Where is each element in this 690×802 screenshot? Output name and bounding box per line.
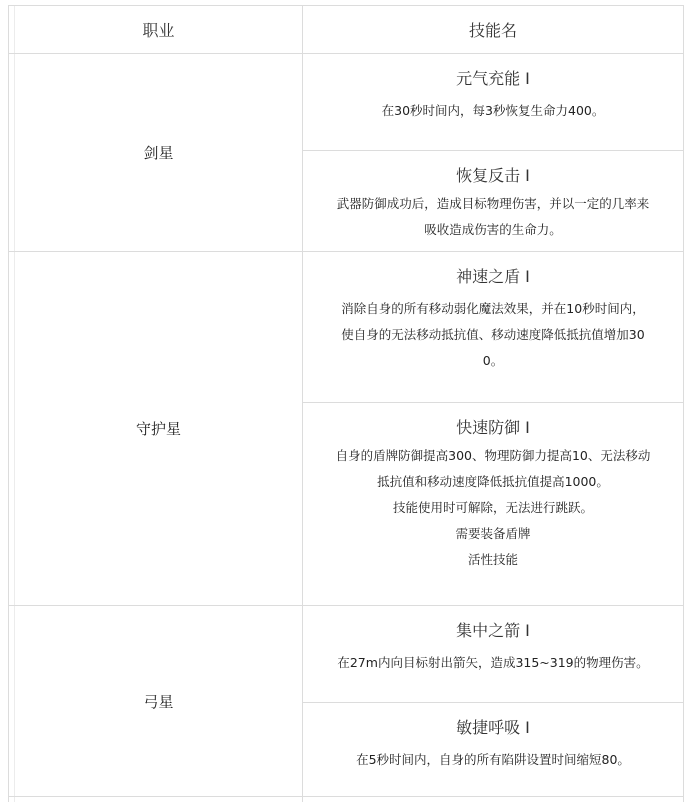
skill-description: 在30秒时间内，每3秒恢复生命力400。 — [382, 98, 605, 124]
skill-description: 消除自身的所有移动弱化魔法效果，并在10秒时间内， 使自身的无法移动抵抗值、移动… — [341, 296, 644, 374]
header-class: 职业 — [14, 6, 303, 53]
skill-name: 快速防御 Ⅰ — [456, 417, 530, 439]
skill-entry: 恢复反击 Ⅰ 武器防御成功后，造成目标物理伤害，并以一定的几率来 吸收造成伤害的… — [303, 150, 683, 251]
desc-line: 自身的盾牌防御提高300、物理防御力提高10、无法移动 — [336, 443, 651, 469]
desc-line: 抵抗值和移动速度降低抵抗值提高1000。 — [336, 469, 651, 495]
skill-name: 集中之箭 Ⅰ — [456, 620, 530, 642]
skill-description: 武器防御成功后，造成目标物理伤害，并以一定的几率来 吸收造成伤害的生命力。 — [337, 191, 650, 243]
header-skill: 技能名 — [303, 6, 683, 53]
desc-line: 活性技能 — [336, 547, 651, 573]
class-name: 守护星 — [14, 252, 303, 605]
skill-description: 在5秒时间内，自身的所有陷阱设置时间缩短80。 — [356, 747, 630, 773]
skills-cell: 神速之盾 Ⅰ 消除自身的所有移动弱化魔法效果，并在10秒时间内， 使自身的无法移… — [303, 252, 683, 605]
skill-entry: 敏捷呼吸 Ⅰ 在5秒时间内，自身的所有陷阱设置时间缩短80。 — [303, 702, 683, 797]
skill-entry: 元气充能 Ⅰ 在30秒时间内，每3秒恢复生命力400。 — [303, 54, 683, 150]
skill-entry: 集中之箭 Ⅰ 在27m内向目标射出箭矢，造成315~319的物理伤害。 — [303, 606, 683, 702]
desc-line: 在30秒时间内，每3秒恢复生命力400。 — [382, 98, 605, 124]
class-name: 弓星 — [14, 606, 303, 796]
table-row-class-0: 剑星 元气充能 Ⅰ 在30秒时间内，每3秒恢复生命力400。 恢复反击 Ⅰ 武器… — [9, 53, 683, 251]
skill-entry: 快速防御 Ⅰ 自身的盾牌防御提高300、物理防御力提高10、无法移动 抵抗值和移… — [303, 402, 683, 605]
skills-cell: 元气充能 Ⅰ 在30秒时间内，每3秒恢复生命力400。 恢复反击 Ⅰ 武器防御成… — [303, 54, 683, 251]
desc-line: 在27m内向目标射出箭矢，造成315~319的物理伤害。 — [337, 650, 648, 676]
class-cell-partial — [14, 797, 303, 802]
desc-line: 技能使用时可解除，无法进行跳跃。 — [336, 495, 651, 521]
desc-line: 武器防御成功后，造成目标物理伤害，并以一定的几率来 — [337, 191, 650, 217]
desc-line: 需要装备盾牌 — [336, 521, 651, 547]
class-name: 剑星 — [14, 54, 303, 251]
skill-name: 恢复反击 Ⅰ — [456, 165, 530, 187]
table-row-partial — [9, 796, 683, 802]
skill-entry: 神速之盾 Ⅰ 消除自身的所有移动弱化魔法效果，并在10秒时间内， 使自身的无法移… — [303, 252, 683, 402]
desc-line: 吸收造成伤害的生命力。 — [337, 217, 650, 243]
desc-line: 消除自身的所有移动弱化魔法效果，并在10秒时间内， — [341, 296, 644, 322]
skill-description: 在27m内向目标射出箭矢，造成315~319的物理伤害。 — [337, 650, 648, 676]
table-header-row: 职业 技能名 — [9, 6, 683, 53]
table-row-class-1: 守护星 神速之盾 Ⅰ 消除自身的所有移动弱化魔法效果，并在10秒时间内， 使自身… — [9, 251, 683, 605]
desc-line: 使自身的无法移动抵抗值、移动速度降低抵抗值增加30 — [341, 322, 644, 348]
skills-cell: 集中之箭 Ⅰ 在27m内向目标射出箭矢，造成315~319的物理伤害。 敏捷呼吸… — [303, 606, 683, 796]
table-row-class-2: 弓星 集中之箭 Ⅰ 在27m内向目标射出箭矢，造成315~319的物理伤害。 敏… — [9, 605, 683, 796]
skill-name: 神速之盾 Ⅰ — [456, 266, 530, 288]
desc-line: 在5秒时间内，自身的所有陷阱设置时间缩短80。 — [356, 747, 630, 773]
skills-cell-partial — [303, 797, 683, 802]
skill-description: 自身的盾牌防御提高300、物理防御力提高10、无法移动 抵抗值和移动速度降低抵抗… — [336, 443, 651, 573]
skill-name: 元气充能 Ⅰ — [456, 68, 530, 90]
skill-name: 敏捷呼吸 Ⅰ — [456, 717, 530, 739]
skills-table: 职业 技能名 剑星 元气充能 Ⅰ 在30秒时间内，每3秒恢复生命力400。 恢复… — [8, 5, 684, 802]
desc-line: 0。 — [341, 348, 644, 374]
